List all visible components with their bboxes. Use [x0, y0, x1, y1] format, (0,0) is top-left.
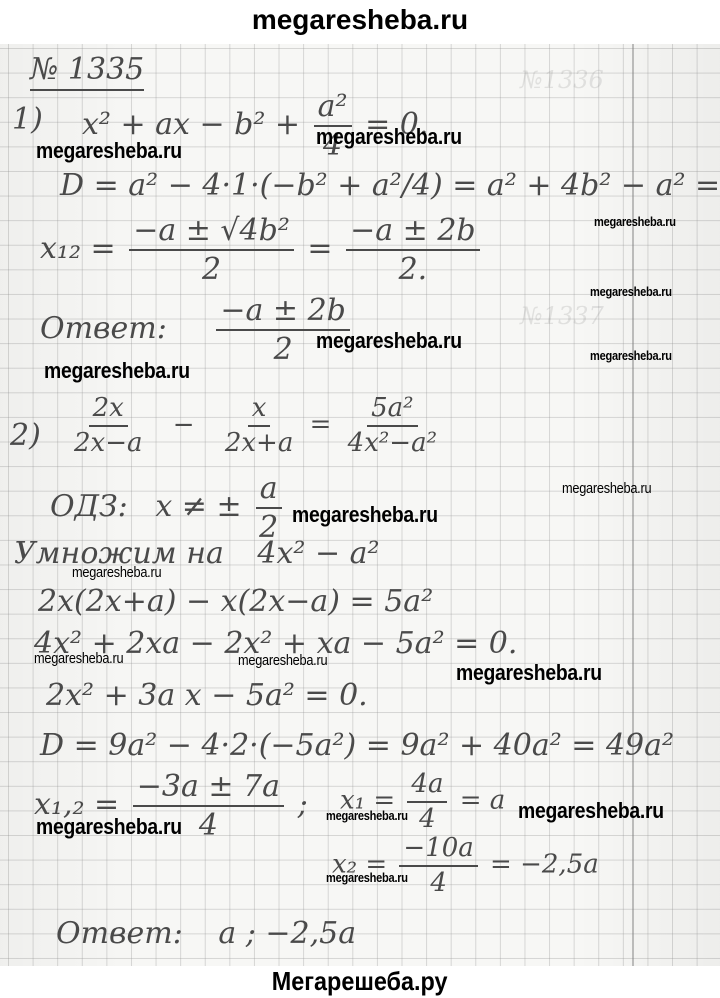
ghost-text-top: №1336 — [520, 66, 604, 94]
step-3: 2x² + 3a x − 5a² = 0. — [46, 678, 368, 713]
roots-fraction-2: −a ± 2b 2. — [346, 214, 480, 286]
fraction-denominator: 4x²−a² — [344, 427, 441, 458]
fraction-numerator: −a ± √4b² — [129, 214, 294, 251]
minus-sign: − — [173, 410, 195, 440]
part1-eq-lhs: x² + ax − b² + — [82, 107, 300, 142]
footer-site-title[interactable]: Мегарешеба.ру — [272, 966, 448, 997]
fraction-denominator: 4 — [426, 867, 451, 898]
fraction-denominator: 4 — [415, 803, 440, 834]
watermark: megaresheba.ru — [292, 502, 438, 528]
fraction-denominator: 4 — [195, 807, 222, 842]
part1-answer: Ответ: −a ± 2b 2 — [40, 294, 354, 366]
x1-fraction: 4a 4 — [407, 770, 447, 833]
x2-rhs: = −2,5a — [490, 850, 599, 880]
watermark: megaresheba.ru — [518, 798, 664, 824]
roots-equals: = — [307, 231, 332, 266]
watermark: megaresheba.ru — [326, 808, 408, 823]
watermark: megaresheba.ru — [316, 124, 462, 150]
fraction-numerator: 2x — [89, 394, 128, 427]
part1-label: 1) — [12, 102, 43, 137]
fraction-denominator: 2 — [198, 251, 225, 286]
term1-fraction: 2x 2x−a — [70, 394, 147, 457]
watermark: megaresheba.ru — [590, 284, 672, 299]
watermark: megaresheba.ru — [44, 358, 190, 384]
odz-expr: x ≠ ± — [155, 489, 241, 524]
answer-label: Ответ: — [40, 311, 167, 346]
part2-answer: Ответ: a ; −2,5a — [56, 916, 356, 951]
fraction-denominator: 2x+a — [221, 427, 298, 458]
watermark: megaresheba.ru — [562, 480, 651, 497]
part2-multiply: Умножим на 4x² − a² — [14, 536, 380, 571]
term2-fraction: x 2x+a — [221, 394, 298, 457]
watermark: megaresheba.ru — [590, 348, 672, 363]
roots-separator: ; — [298, 787, 308, 822]
site-header: megaresheba.ru — [0, 0, 720, 44]
root-x1: x₁ = 4a 4 = a — [340, 770, 505, 833]
fraction-numerator: x — [248, 394, 271, 427]
odz-fraction: a 2 — [255, 472, 282, 544]
fraction-numerator: −a ± 2b — [346, 214, 480, 251]
step-1: 2x(2x+a) − x(2x−a) = 5a² — [38, 584, 433, 619]
answer-label: Ответ: — [56, 916, 183, 951]
x2-fraction: −10a 4 — [399, 834, 477, 897]
fraction-numerator: −10a — [399, 834, 477, 867]
fraction-numerator: 5a² — [367, 394, 417, 427]
problem-number: № 1335 — [30, 52, 144, 91]
watermark: megaresheba.ru — [72, 564, 161, 581]
watermark: megaresheba.ru — [36, 814, 182, 840]
equals-sign: = — [310, 410, 332, 440]
fraction-numerator: −a ± 2b — [216, 294, 350, 331]
fraction-denominator: 2. — [395, 251, 432, 286]
x1-rhs: = a — [460, 786, 506, 816]
watermark: megaresheba.ru — [238, 652, 327, 669]
part2-equation: 2x 2x−a − x 2x+a = 5a² 4x²−a² — [66, 394, 445, 457]
fraction-numerator: 4a — [407, 770, 447, 803]
root-x2: x₂ = −10a 4 = −2,5a — [332, 834, 599, 897]
ghost-text-mid: №1337 — [520, 302, 604, 330]
part1-discriminant: D = a² − 4·1·(−b² + a²/4) = a² + 4b² − a… — [60, 168, 720, 203]
site-footer: Мегарешеба.ру — [0, 966, 720, 998]
part2-label: 2) — [10, 418, 41, 453]
watermark: megaresheba.ru — [594, 214, 676, 229]
multiply-expr: 4x² − a² — [257, 536, 379, 571]
odz-label: ОДЗ: — [50, 489, 128, 524]
fraction-denominator: 2 — [270, 331, 297, 366]
fraction-denominator: 2x−a — [70, 427, 147, 458]
part1-roots: x₁₂ = −a ± √4b² 2 = −a ± 2b 2. — [40, 214, 484, 286]
answer-value: a ; −2,5a — [218, 916, 356, 951]
step-4-discriminant: D = 9a² − 4·2·(−5a²) = 9a² + 40a² = 49a² — [40, 728, 674, 763]
fraction-numerator: a² — [314, 90, 352, 127]
term3-fraction: 5a² 4x²−a² — [344, 394, 441, 457]
watermark: megaresheba.ru — [326, 870, 408, 885]
watermark: megaresheba.ru — [34, 650, 123, 667]
part2-odz: ОДЗ: x ≠ ± a 2 — [50, 472, 286, 544]
fraction-numerator: a — [256, 472, 282, 509]
roots-lhs: x₁₂ = — [40, 231, 116, 266]
watermark: megaresheba.ru — [456, 660, 602, 686]
site-title[interactable]: megaresheba.ru — [252, 4, 468, 36]
graph-paper-sheet: №1336 №1337 № 1335 1) x² + ax − b² + a² … — [0, 44, 720, 966]
watermark: megaresheba.ru — [36, 138, 182, 164]
fraction-numerator: −3a ± 7a — [133, 770, 284, 807]
roots-fraction-1: −a ± √4b² 2 — [129, 214, 294, 286]
watermark: megaresheba.ru — [316, 328, 462, 354]
